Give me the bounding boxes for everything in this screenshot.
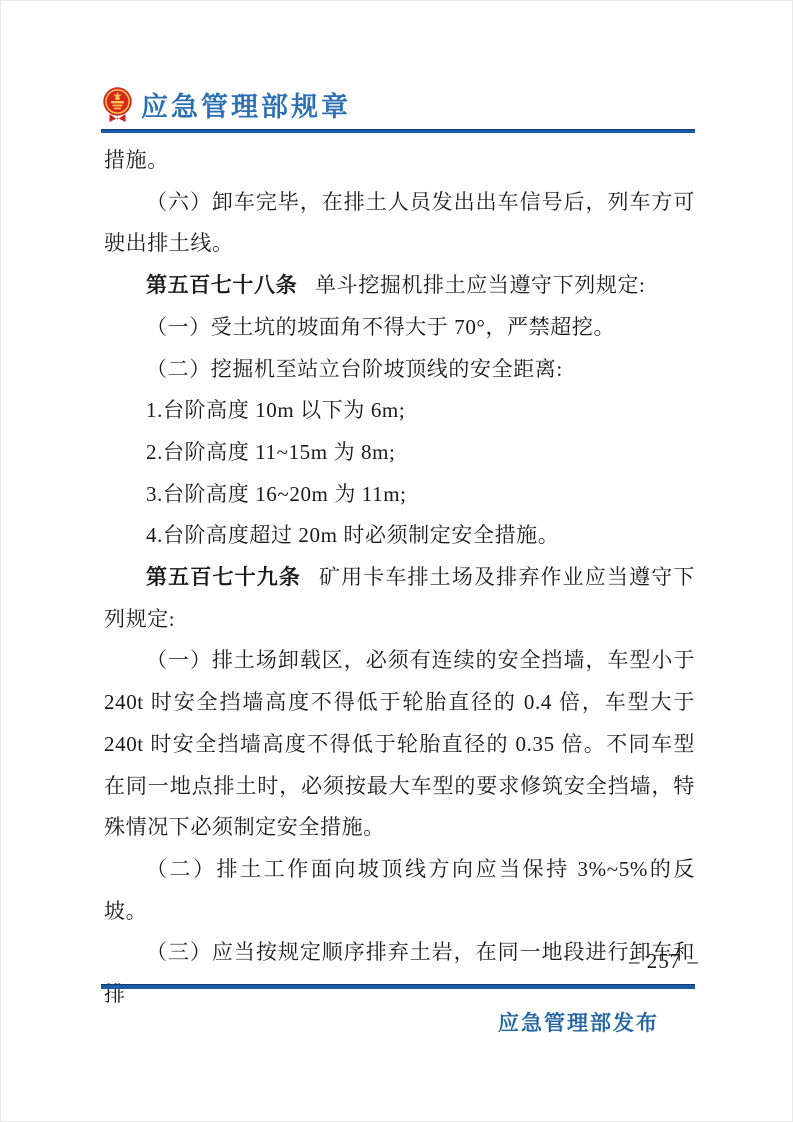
paragraph-text: 4.台阶高度超过 20m 时必须制定安全措施。: [146, 523, 559, 547]
paragraph-list-2: 2.台阶高度 11~15m 为 8m;: [104, 432, 695, 474]
publisher-label: 应急管理部发布: [498, 1007, 659, 1037]
paragraph-list-4: 4.台阶高度超过 20m 时必须制定安全措施。: [104, 515, 695, 557]
page-number: – 257 –: [629, 949, 699, 974]
paragraph-text: 3.台阶高度 16~20m 为 11m;: [146, 482, 407, 506]
paragraph-item-1: （一）受土坑的坡面角不得大于 70°，严禁超挖。: [104, 307, 695, 349]
paragraph-text: （二）挖掘机至站立台阶坡顶线的安全距离:: [146, 357, 563, 381]
paragraph-list-3: 3.台阶高度 16~20m 为 11m;: [104, 474, 695, 516]
national-emblem-icon: [101, 86, 134, 124]
page-title: 应急管理部规章: [141, 85, 351, 124]
document-body: 措施。 （六）卸车完毕，在排土人员发出出车信号后，列车方可驶出排土线。 第五百七…: [104, 140, 695, 1016]
paragraph-text: （一）排土场卸载区，必须有连续的安全挡墙，车型小于 240t 时安全挡墙高度不得…: [104, 648, 695, 839]
paragraph-article-578: 第五百七十八条单斗挖掘机排土应当遵守下列规定:: [104, 265, 695, 307]
paragraph-item-2b: （二）排土工作面向坡顶线方向应当保持 3%~5%的反坡。: [104, 849, 695, 932]
paragraph-continuation: 措施。: [104, 140, 695, 182]
header-rule: [101, 129, 695, 133]
paragraph-text: （一）受土坑的坡面角不得大于 70°，严禁超挖。: [146, 315, 615, 339]
page-header: 应急管理部规章: [101, 85, 695, 124]
paragraph-text: （二）排土工作面向坡顶线方向应当保持 3%~5%的反坡。: [104, 857, 695, 923]
paragraph-list-1: 1.台阶高度 10m 以下为 6m;: [104, 390, 695, 432]
paragraph-text: （六）卸车完毕，在排土人员发出出车信号后，列车方可驶出排土线。: [104, 190, 695, 256]
paragraph-text: （三）应当按规定顺序排弃土岩，在同一地段进行卸车和排: [104, 940, 695, 1006]
paragraph-text: 1.台阶高度 10m 以下为 6m;: [146, 398, 405, 422]
footer-rule: [101, 984, 695, 989]
paragraph-text: 2.台阶高度 11~15m 为 8m;: [146, 440, 396, 464]
paragraph-item-3b: （三）应当按规定顺序排弃土岩，在同一地段进行卸车和排: [104, 932, 695, 1015]
paragraph-article-579: 第五百七十九条矿用卡车排土场及排弃作业应当遵守下列规定:: [104, 557, 695, 640]
paragraph-text: 措施。: [104, 148, 169, 172]
paragraph-item-1b: （一）排土场卸载区，必须有连续的安全挡墙，车型小于 240t 时安全挡墙高度不得…: [104, 640, 695, 849]
article-number: 第五百七十八条: [146, 273, 297, 297]
article-number: 第五百七十九条: [146, 565, 301, 589]
paragraph-item-6: （六）卸车完毕，在排土人员发出出车信号后，列车方可驶出排土线。: [104, 182, 695, 265]
paragraph-item-2: （二）挖掘机至站立台阶坡顶线的安全距离:: [104, 349, 695, 391]
document-page: 应急管理部规章 措施。 （六）卸车完毕，在排土人员发出出车信号后，列车方可驶出排…: [0, 0, 793, 1122]
paragraph-text: 单斗挖掘机排土应当遵守下列规定:: [315, 273, 645, 297]
